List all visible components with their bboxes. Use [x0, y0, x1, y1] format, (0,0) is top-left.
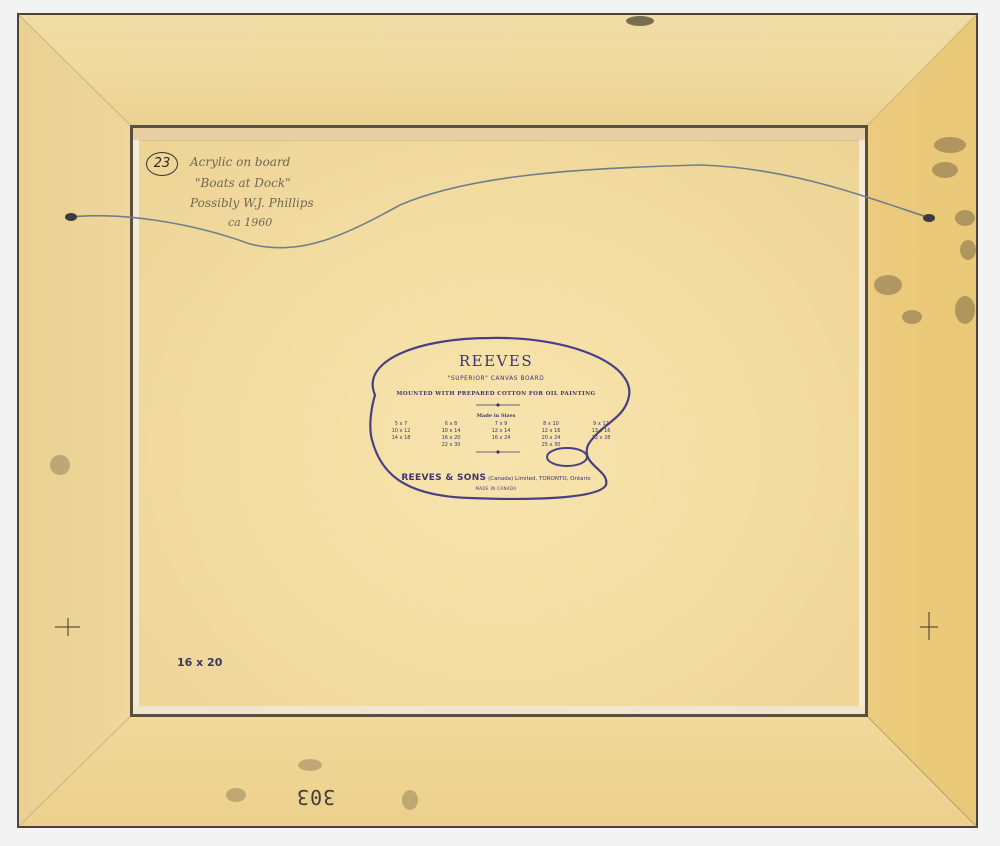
board-right-edge — [859, 140, 865, 706]
size-cell: 8 x 10 — [526, 421, 576, 427]
board-top-edge — [133, 128, 865, 141]
size-cell: 10 x 12 — [376, 428, 426, 434]
size-cell: 20 x 24 — [526, 435, 576, 441]
label-company-line: REEVES & SONS (Canada) Limited, TORONTO,… — [366, 473, 626, 483]
reeves-canvas-label: REEVES "SUPERIOR" CANVAS BOARD MOUNTED W… — [366, 339, 631, 499]
frame-bottom-rail — [19, 716, 976, 826]
size-cell: 12 x 14 — [476, 428, 526, 434]
label-subtitle: "SUPERIOR" CANVAS BOARD — [366, 376, 626, 382]
frame-left-rail — [19, 15, 132, 826]
size-cell: 7 x 9 — [476, 421, 526, 427]
frame-right-rail — [866, 15, 976, 826]
size-cell — [376, 442, 426, 448]
frame-stamp-number: 303 — [296, 785, 335, 809]
note-title: "Boats at Dock" — [195, 176, 291, 190]
note-date: ca 1960 — [228, 216, 272, 229]
size-cell: 6 x 8 — [426, 421, 476, 427]
size-cell: 25 x 30 — [526, 442, 576, 448]
note-medium: Acrylic on board — [190, 155, 290, 169]
label-brand: REEVES — [459, 352, 533, 370]
size-cell: 16 x 24 — [476, 435, 526, 441]
note-artist: Possibly W.J. Phillips — [190, 196, 314, 210]
board-bottom-edge — [133, 706, 865, 714]
label-company-location: (Canada) Limited, TORONTO, Ontario — [488, 476, 591, 482]
label-sizes-grid: 5 x 7 6 x 8 7 x 9 8 x 10 9 x 12 10 x 12 … — [376, 421, 626, 448]
label-mounted: MOUNTED WITH PREPARED COTTON FOR OIL PAI… — [366, 391, 626, 397]
lot-number-circle: 23 — [146, 152, 178, 176]
size-cell: 5 x 7 — [376, 421, 426, 427]
size-cell: 22 x 30 — [426, 442, 476, 448]
size-cell: 13 x 16 — [576, 428, 626, 434]
frame-top-rail — [19, 15, 976, 126]
label-sizes-heading: Made in Sizes — [366, 413, 626, 419]
size-cell: 22 x 28 — [576, 435, 626, 441]
size-cell: 10 x 14 — [426, 428, 476, 434]
label-company: REEVES & SONS — [401, 473, 486, 483]
size-cell: 16 x 20 — [426, 435, 476, 441]
label-country: MADE IN CANADA — [366, 486, 626, 491]
size-cell — [476, 442, 526, 448]
size-cell: 14 x 18 — [376, 435, 426, 441]
board-left-edge — [133, 140, 139, 706]
size-cell — [576, 442, 626, 448]
board-size-stamp: 16 x 20 — [177, 656, 222, 669]
size-cell: 9 x 12 — [576, 421, 626, 427]
size-cell: 12 x 16 — [526, 428, 576, 434]
